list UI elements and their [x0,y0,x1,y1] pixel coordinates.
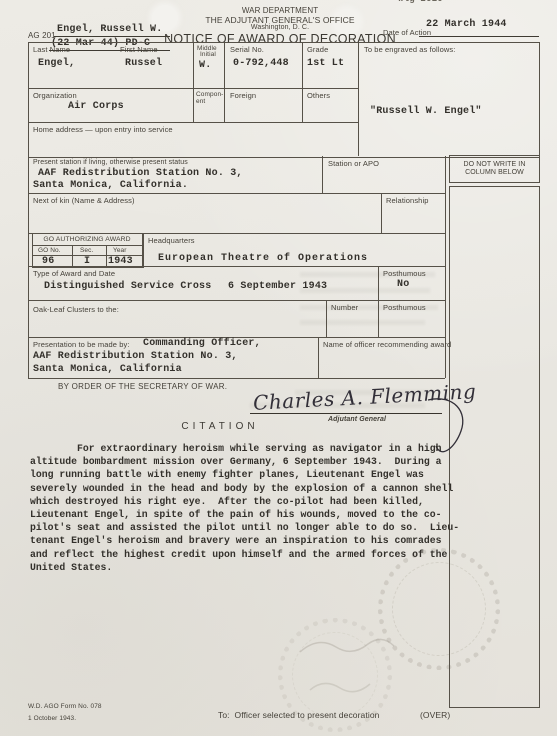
form-number: W.D. AGO Form No. 078 [28,703,102,710]
citation-line: severely wounded in the head and body by… [30,482,459,495]
citation-line: Lieutenant Engel, in spite of the pain o… [30,508,459,521]
citation-line: and reflect the highest credit upon hims… [30,548,459,561]
citation-line: pilot's seat and assisted the pilot unti… [30,521,459,534]
form-date: 1 October 1943. [28,715,76,722]
citation-line: which destroyed his right eye. After the… [30,495,459,508]
citation-line: altitude bombardment mission over German… [30,455,459,468]
document-scan: Wlg 2610 WAR DEPARTMENT THE ADJUTANT GEN… [0,0,557,736]
footer-over: (OVER) [420,710,450,720]
citation-line: tenant Engel's heroism and bravery were … [30,534,459,547]
citation-line: For extraordinary heroism while serving … [30,442,459,455]
citation-heading: CITATION [160,421,280,432]
citation-line: long running battle with enemy fighter p… [30,468,459,481]
citation-body: For extraordinary heroism while serving … [30,442,459,574]
citation-line: United States. [30,561,459,574]
footer-to-line: To: Officer selected to present decorati… [218,710,379,720]
signature-flourish [0,0,557,736]
